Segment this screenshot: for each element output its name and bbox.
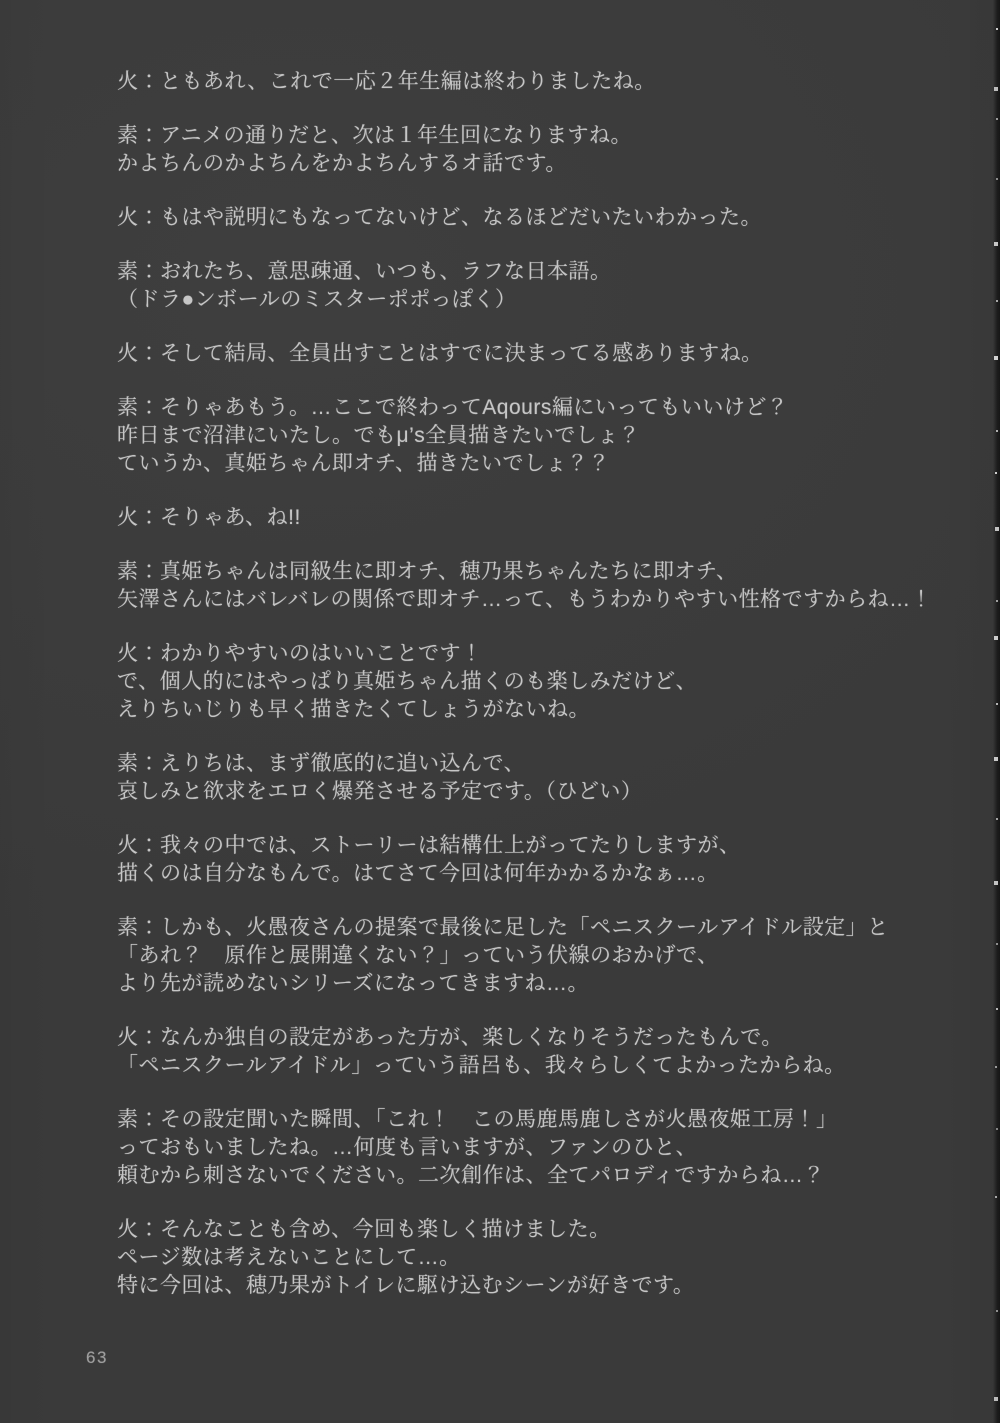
dialogue-line: 「ペニスクールアイドル」っていう語呂も、我々らしくてよかったからね。 [117, 1052, 960, 1080]
dialogue-line: えりちいじりも早く描きたくてしょうがないね。 [117, 696, 960, 724]
scanned-afterword-page: 火：ともあれ、これで一応２年生編は終わりましたね。素：アニメの通りだと、次は１年… [0, 0, 1000, 1423]
dialogue-line-speaker: 素：しかも、火愚夜さんの提案で最後に足した「ペニスクールアイドル設定」と [117, 914, 960, 942]
dialogue-line: っておもいましたね。…何度も言いますが、ファンのひと、 [117, 1134, 960, 1162]
dialogue-line-speaker: 素：アニメの通りだと、次は１年生回になりますね。 [117, 122, 960, 150]
dialogue-block-素: 素：その設定聞いた瞬間、「これ！ この馬鹿馬鹿しさが火愚夜姫工房！」っておもいま… [117, 1106, 960, 1190]
dialogue-line: かよちんのかよちんをかよちんするオ話です。 [117, 150, 960, 178]
dialogue-line-speaker: 素：真姫ちゃんは同級生に即オチ、穂乃果ちゃんたちに即オチ、 [117, 558, 960, 586]
dialogue-line: 哀しみと欲求をエロく爆発させる予定です。（ひどい） [117, 778, 960, 806]
dialogue-line: 描くのは自分なもんで。はてさて今回は何年かかるかなぁ…。 [117, 860, 960, 888]
dialogue-line-speaker: 素：その設定聞いた瞬間、「これ！ この馬鹿馬鹿しさが火愚夜姫工房！」 [117, 1106, 960, 1134]
dialogue-line: より先が読めないシリーズになってきますね…。 [117, 970, 960, 998]
dialogue-line: ていうか、真姫ちゃん即オチ、描きたいでしょ？？ [117, 450, 960, 478]
dialogue-block-火: 火：もはや説明にもなってないけど、なるほどだいたいわかった。 [117, 204, 960, 232]
dialogue-line: 「あれ？ 原作と展開違くない？」っていう伏線のおかげで、 [117, 942, 960, 970]
dialogue-line: 頼むから刺さないでください。二次創作は、全てパロディですからね…？ [117, 1162, 960, 1190]
dialogue-line-speaker: 火：そして結局、全員出すことはすでに決まってる感ありますね。 [117, 340, 960, 368]
dialogue-line-speaker: 火：ともあれ、これで一応２年生編は終わりましたね。 [117, 68, 960, 96]
dialogue-text: 火：ともあれ、これで一応２年生編は終わりましたね。素：アニメの通りだと、次は１年… [117, 68, 960, 1326]
dialogue-block-火: 火：そりゃあ、ね!! [117, 504, 960, 532]
dialogue-line-speaker: 火：そんなことも含め、今回も楽しく描けました。 [117, 1216, 960, 1244]
dialogue-line-speaker: 火：もはや説明にもなってないけど、なるほどだいたいわかった。 [117, 204, 960, 232]
dialogue-block-素: 素：えりちは、まず徹底的に追い込んで、哀しみと欲求をエロく爆発させる予定です。（… [117, 750, 960, 806]
dialogue-line: で、個人的にはやっぱり真姫ちゃん描くのも楽しみだけど、 [117, 668, 960, 696]
dialogue-block-火: 火：そんなことも含め、今回も楽しく描けました。ページ数は考えないことにして…。特… [117, 1216, 960, 1300]
dialogue-line-speaker: 火：そりゃあ、ね!! [117, 504, 960, 532]
dialogue-block-素: 素：しかも、火愚夜さんの提案で最後に足した「ペニスクールアイドル設定」と「あれ？… [117, 914, 960, 998]
dialogue-line: （ドラ●ンボールのミスターポポっぽく） [117, 286, 960, 314]
dialogue-line-speaker: 火：わかりやすいのはいいことです！ [117, 640, 960, 668]
dialogue-line: 矢澤さんにはバレバレの関係で即オチ…って、もうわかりやすい性格ですからね…！ [117, 586, 960, 614]
paper-edge-speckles [996, 0, 998, 2]
page-edge-shadow [993, 0, 1000, 1423]
dialogue-line-speaker: 火：なんか独自の設定があった方が、楽しくなりそうだったもんで。 [117, 1024, 960, 1052]
dialogue-block-素: 素：アニメの通りだと、次は１年生回になりますね。かよちんのかよちんをかよちんする… [117, 122, 960, 178]
dialogue-line: ページ数は考えないことにして…。 [117, 1244, 960, 1272]
dialogue-line-speaker: 素：えりちは、まず徹底的に追い込んで、 [117, 750, 960, 778]
dialogue-block-素: 素：そりゃあもう。…ここで終わってAqours編にいってもいいけど？昨日まで沼津… [117, 394, 960, 478]
page-number: 63 [86, 1348, 108, 1368]
dialogue-block-素: 素：おれたち、意思疎通、いつも、ラフな日本語。（ドラ●ンボールのミスターポポっぽ… [117, 258, 960, 314]
dialogue-block-火: 火：なんか独自の設定があった方が、楽しくなりそうだったもんで。「ペニスクールアイ… [117, 1024, 960, 1080]
dialogue-line-speaker: 素：おれたち、意思疎通、いつも、ラフな日本語。 [117, 258, 960, 286]
dialogue-block-火: 火：わかりやすいのはいいことです！で、個人的にはやっぱり真姫ちゃん描くのも楽しみ… [117, 640, 960, 724]
dialogue-line-speaker: 火：我々の中では、ストーリーは結構仕上がってたりしますが、 [117, 832, 960, 860]
dialogue-block-火: 火：そして結局、全員出すことはすでに決まってる感ありますね。 [117, 340, 960, 368]
dialogue-block-火: 火：ともあれ、これで一応２年生編は終わりましたね。 [117, 68, 960, 96]
dialogue-block-素: 素：真姫ちゃんは同級生に即オチ、穂乃果ちゃんたちに即オチ、矢澤さんにはバレバレの… [117, 558, 960, 614]
dialogue-line-speaker: 素：そりゃあもう。…ここで終わってAqours編にいってもいいけど？ [117, 394, 960, 422]
dialogue-line: 昨日まで沼津にいたし。でもμ’s全員描きたいでしょ？ [117, 422, 960, 450]
dialogue-block-火: 火：我々の中では、ストーリーは結構仕上がってたりしますが、描くのは自分なもんで。… [117, 832, 960, 888]
dialogue-line: 特に今回は、穂乃果がトイレに駆け込むシーンが好きです。 [117, 1272, 960, 1300]
